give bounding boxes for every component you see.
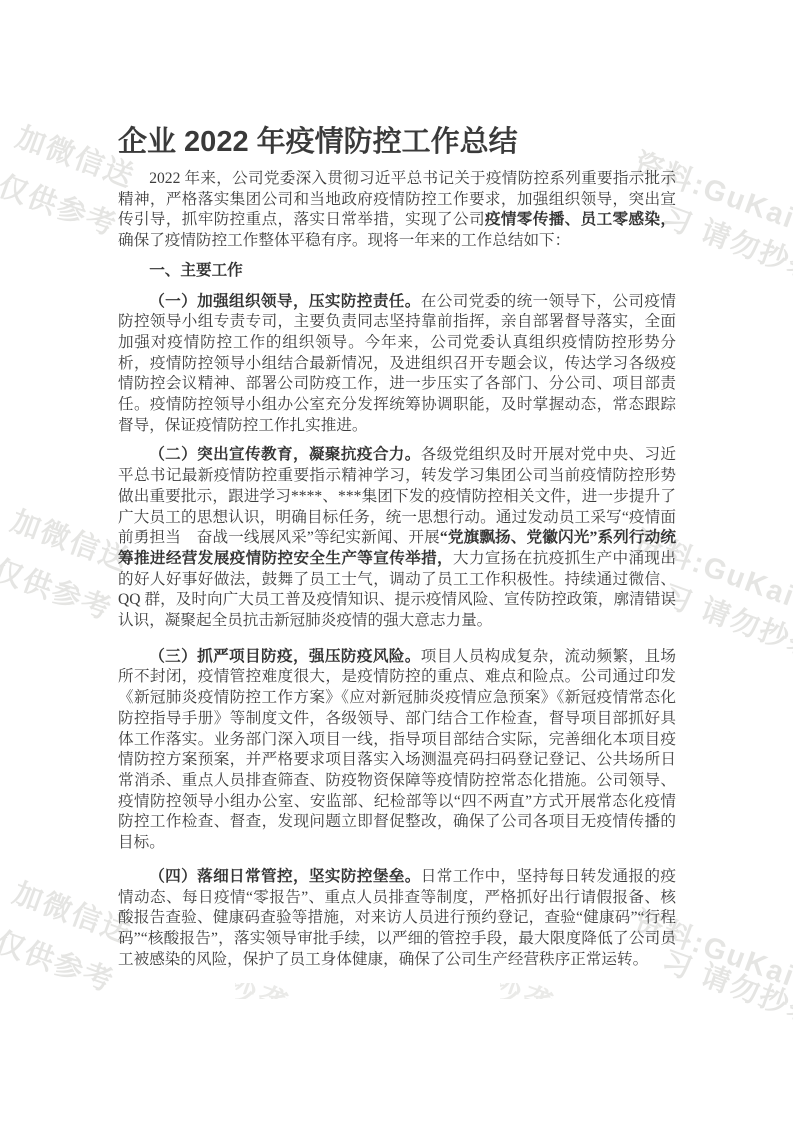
watermark-text: 习 请勿抄袭 (658, 579, 793, 666)
paragraph-3-lead: （三）抓严项目防疫，强压防疫风险。 (149, 648, 421, 665)
watermark-text: 仅供参考 (0, 170, 121, 242)
paragraph-3: （三）抓严项目防疫，强压防疫风险。项目人员构成复杂，流动频繁，且场所不封闭，疫情… (118, 647, 676, 854)
watermark-text: 抄袭 (500, 983, 564, 999)
watermark-text: 抄袭 (235, 983, 299, 999)
paragraph-1-lead: （一）加强组织领导，压实防控责任。 (149, 293, 421, 310)
watermark-text: 仅供参考 (0, 926, 118, 998)
paragraph-2-lead: （二）突出宣传教育，凝聚抗疫合力。 (149, 446, 421, 463)
document-title: 企业 2022 年疫情防控工作总结 (118, 125, 676, 159)
watermark-text: 仅供参考 (0, 554, 116, 626)
watermark-fragment-1: 抄袭 (235, 983, 321, 999)
watermark-text: 加微信送 (9, 877, 136, 949)
paragraph-1-body: 在公司党委的统一领导下，公司疫情防控领导小组专责专司，主要负责同志坚持靠前指挥，… (118, 293, 676, 434)
intro-text-bold: 疫情零传播、员工零感染， (485, 211, 676, 228)
paragraph-4-lead: （四）落细日常管控，坚实防控堡垒。 (149, 868, 421, 885)
section-heading: 一、主要工作 (118, 261, 676, 282)
paragraph-1: （一）加强组织领导，压实防控责任。在公司党委的统一领导下，公司疫情防控领导小组专… (118, 292, 676, 437)
watermark-fragment-2: 抄袭 (500, 983, 586, 999)
paragraph-4: （四）落细日常管控，坚实防控堡垒。日常工作中，坚持每日转发通报的疫情动态、每日疫… (118, 867, 676, 971)
intro-text-post: 确保了疫情防控工作整体平稳有序。现将一年来的工作总结如下： (118, 232, 570, 249)
paragraph-3-body: 项目人员构成复杂，流动频繁，且场所不封闭，疫情管控难度很大，是疫情防控的重点、难… (118, 648, 676, 851)
watermark-text: 习 请勿抄袭 (658, 201, 793, 288)
intro-paragraph: 2022 年来，公司党委深入贯彻习近平总书记关于疫情防控系列重要指示批示精神，严… (118, 169, 676, 252)
document-content: 企业 2022 年疫情防控工作总结 2022 年来，公司党委深入贯彻习近平总书记… (118, 125, 676, 979)
watermark-text: 加微信送 (7, 505, 134, 577)
paragraph-2: （二）突出宣传教育，凝聚抗疫合力。各级党组织及时开展对党中央、习近平总书记最新疫… (118, 445, 676, 631)
watermark-left-2: 加微信送仅供参考 (0, 496, 138, 636)
document-page: 加微信送仅供参考 加微信送仅供参考 加微信送仅供参考 资料:GuKais 习 请… (0, 0, 793, 1122)
watermark-text: 习 请勿抄袭 (658, 945, 793, 1032)
